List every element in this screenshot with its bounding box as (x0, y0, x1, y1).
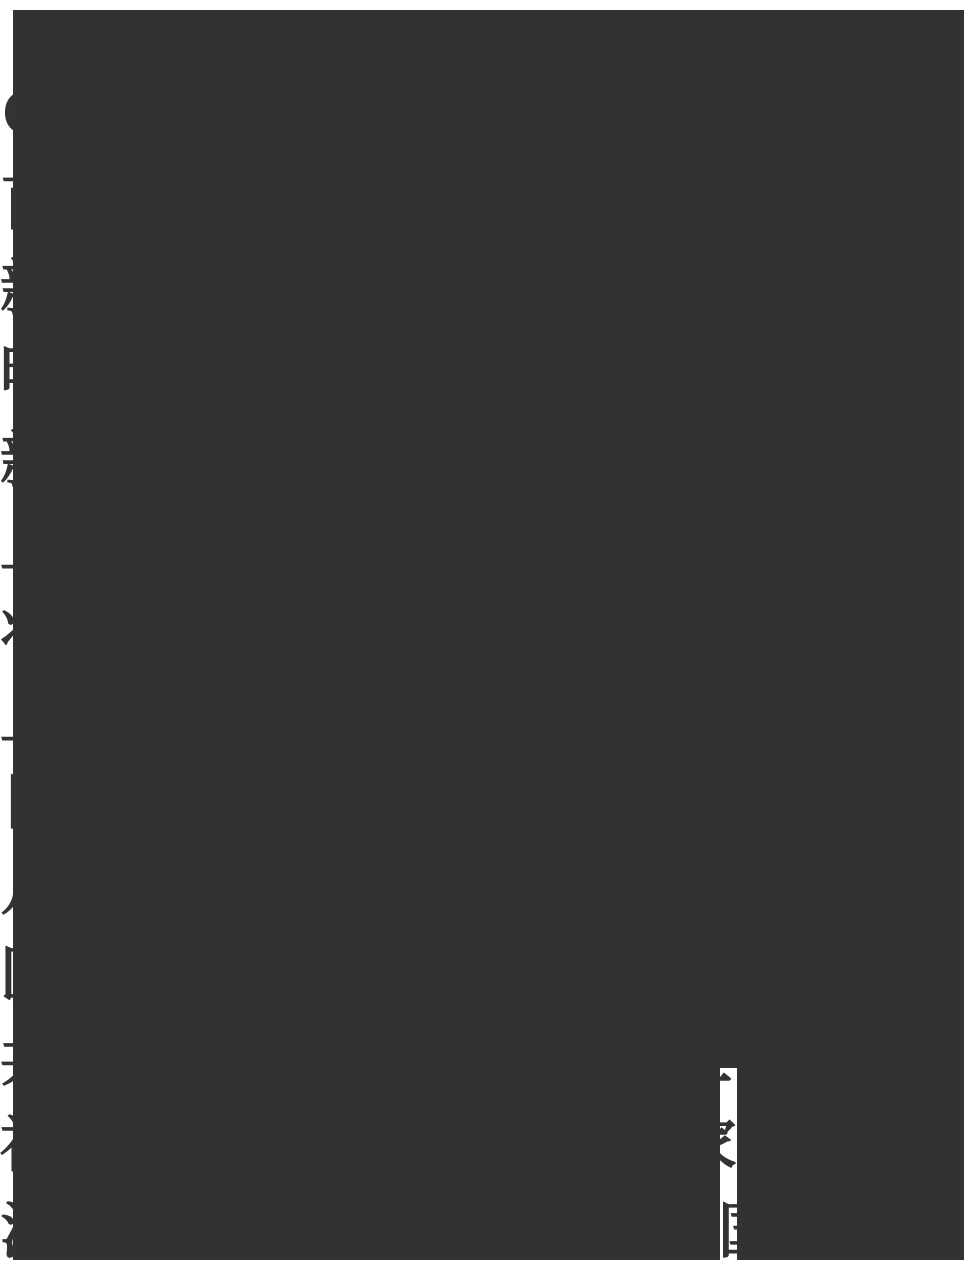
page: C百新明新上将上目月区共社泸三家国 (0, 0, 964, 1283)
dark-overlay-main[interactable] (13, 10, 964, 1068)
dark-overlay-bottom-left[interactable] (13, 1068, 720, 1260)
dark-overlay-bottom-right[interactable] (737, 1068, 964, 1260)
